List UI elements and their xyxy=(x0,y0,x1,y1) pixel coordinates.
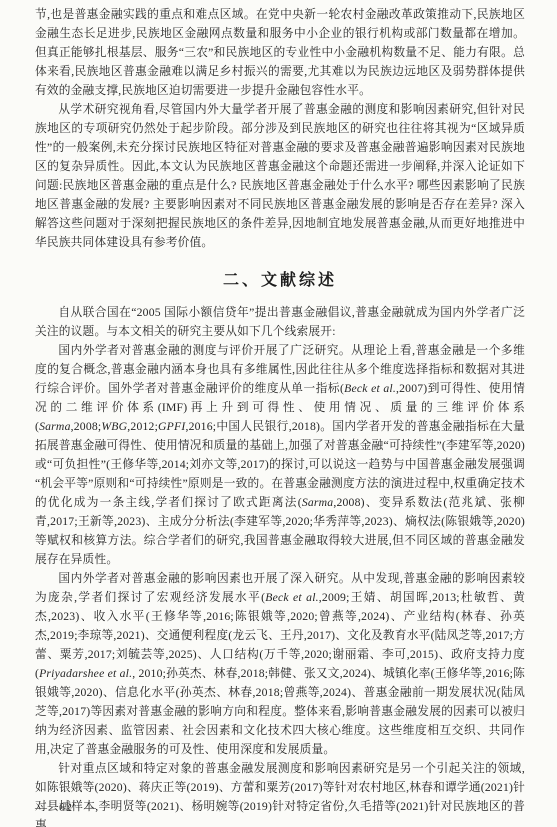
paragraph-intro-continuation: 节,也是普惠金融实践的重点和难点区域。在党中央新一轮农村金融改革政策推动下,民族… xyxy=(35,5,525,100)
paragraph-measurement-evaluation: 国内外学者对普惠金融的测度与评价开展了广泛研究。从理论上看,普惠金融是一个多维度… xyxy=(35,341,525,569)
paragraph-influencing-factors: 国内外学者对普惠金融的影响因素也开展了深入研究。从中发现,普惠金融的影响因素较为… xyxy=(35,569,525,759)
paragraph-key-regions: 针对重点区域和特定对象的普惠金融发展测度和影响因素研究是另一个引起关注的领域,如… xyxy=(35,759,525,827)
paragraph-un-initiative: 自从联合国在“2005 国际小额信贷年”提出普惠金融倡议,普惠金融就成为国内外学… xyxy=(35,303,525,341)
document-page: 节,也是普惠金融实践的重点和难点区域。在党中央新一轮农村金融改革政策推动下,民族… xyxy=(0,0,557,827)
page-number: — 62 — xyxy=(35,800,97,815)
paragraph-research-gap: 从学术研究视角看,尽管国内外大量学者开展了普惠金融的测度和影响因素研究,但针对民… xyxy=(35,100,525,252)
section-heading-literature-review: 二、文献综述 xyxy=(35,267,525,290)
